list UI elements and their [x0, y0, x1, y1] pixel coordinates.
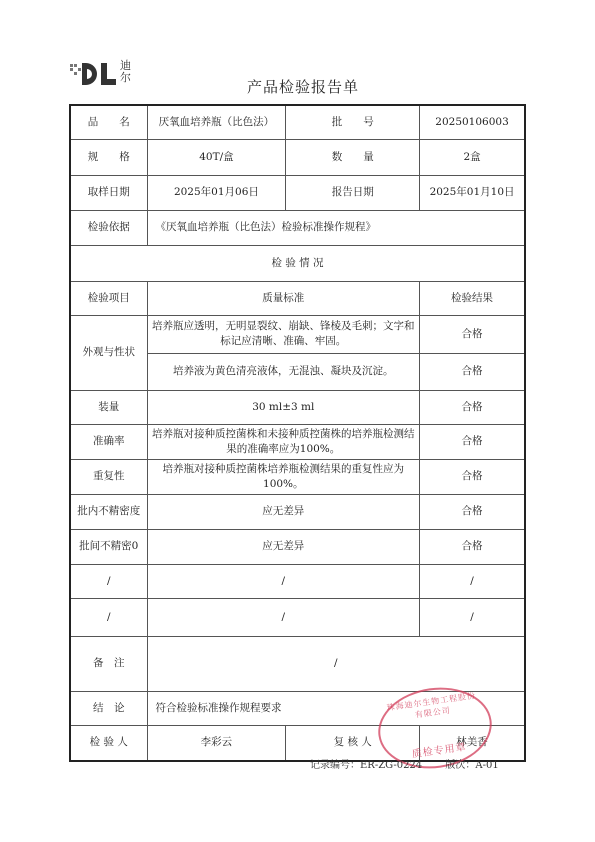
column-header-result: 检验结果: [420, 281, 525, 315]
row-result: 合格: [420, 315, 525, 353]
quantity-label: 数 量: [286, 139, 420, 175]
remarks-value: /: [147, 636, 525, 691]
row-result: 合格: [420, 459, 525, 494]
table-row: 准确率 培养瓶对接种质控菌株和未接种质控菌株的培养瓶检测结果的准确率应为100%…: [70, 424, 525, 459]
remarks-label: 备 注: [70, 636, 147, 691]
row-result: 合格: [420, 353, 525, 390]
row-item: 批间不精密0: [70, 529, 147, 564]
basis-value: 《厌氧血培养瓶（比色法）检验标准操作规程》: [147, 210, 525, 245]
table-row: / / /: [70, 564, 525, 598]
row-standard: 培养瓶应透明，无明显裂纹、崩缺、锋棱及毛刺；文字和标记应清晰、准确、牢固。: [147, 315, 420, 353]
row-standard: /: [147, 598, 420, 636]
spec-label: 规 格: [70, 139, 147, 175]
row-item: 批内不精密度: [70, 494, 147, 529]
table-header-row: 检验项目 质量标准 检验结果: [70, 281, 525, 315]
inspector-label: 检 验 人: [70, 725, 147, 761]
row-result: /: [420, 598, 525, 636]
page-title: 产品检验报告单: [247, 76, 359, 97]
row-item: 重复性: [70, 459, 147, 494]
row-standard: 应无差异: [147, 494, 420, 529]
spec-value: 40T/盒: [147, 139, 286, 175]
product-name-value: 厌氧血培养瓶（比色法）: [147, 105, 286, 139]
inspector-name: 李彩云: [147, 725, 286, 761]
row-standard: 应无差异: [147, 529, 420, 564]
logo-d-shape: [82, 63, 97, 85]
product-name-label: 品 名: [70, 105, 147, 139]
table-row: 品 名 厌氧血培养瓶（比色法） 批 号 20250106003: [70, 105, 525, 139]
version: 版次：A-01: [445, 760, 498, 771]
row-standard: 培养瓶对接种质控菌株和未接种质控菌株的培养瓶检测结果的准确率应为100%。: [147, 424, 420, 459]
row-result: 合格: [420, 390, 525, 424]
row-item: 准确率: [70, 424, 147, 459]
table-row: 批间不精密0 应无差异 合格: [70, 529, 525, 564]
table-row: 规 格 40T/盒 数 量 2盒: [70, 139, 525, 175]
conclusion-label: 结 论: [70, 691, 147, 725]
row-standard: 30 ml±3 ml: [147, 390, 420, 424]
column-header-standard: 质量标准: [147, 281, 420, 315]
row-item: 装量: [70, 390, 147, 424]
report-date-label: 报告日期: [286, 175, 420, 210]
table-row: 检验依据 《厌氧血培养瓶（比色法）检验标准操作规程》: [70, 210, 525, 245]
logo-text: 迪 尔: [120, 60, 131, 84]
table-row: 装量 30 ml±3 ml 合格: [70, 390, 525, 424]
sample-date-label: 取样日期: [70, 175, 147, 210]
column-header-item: 检验项目: [70, 281, 147, 315]
row-item: 外观与性状: [70, 315, 147, 390]
table-row: 重复性 培养瓶对接种质控菌株培养瓶检测结果的重复性应为100%。 合格: [70, 459, 525, 494]
row-standard: 培养液为黄色清亮液体，无混浊、凝块及沉淀。: [147, 353, 420, 390]
quantity-value: 2盒: [420, 139, 525, 175]
footer: 记录编号：ER-ZG-0224 版次：A-01: [310, 756, 519, 771]
table-row: 检 验 情 况: [70, 245, 525, 281]
section-title: 检 验 情 况: [70, 245, 525, 281]
row-result: 合格: [420, 494, 525, 529]
table-row: 外观与性状 培养瓶应透明，无明显裂纹、崩缺、锋棱及毛刺；文字和标记应清晰、准确、…: [70, 315, 525, 353]
sample-date-value: 2025年01月06日: [147, 175, 286, 210]
row-item: /: [70, 598, 147, 636]
record-number: 记录编号：ER-ZG-0224: [310, 760, 422, 771]
row-result: /: [420, 564, 525, 598]
row-standard: /: [147, 564, 420, 598]
company-logo: 迪 尔: [70, 60, 150, 90]
batch-value: 20250106003: [420, 105, 525, 139]
report-date-value: 2025年01月10日: [420, 175, 525, 210]
row-result: 合格: [420, 424, 525, 459]
remarks-row: 备 注 /: [70, 636, 525, 691]
table-row: 批内不精密度 应无差异 合格: [70, 494, 525, 529]
table-row: / / /: [70, 598, 525, 636]
logo-l-foot: [101, 79, 116, 85]
row-result: 合格: [420, 529, 525, 564]
batch-label: 批 号: [286, 105, 420, 139]
table-row: 取样日期 2025年01月06日 报告日期 2025年01月10日: [70, 175, 525, 210]
inspection-report-table: 品 名 厌氧血培养瓶（比色法） 批 号 20250106003 规 格 40T/…: [69, 104, 526, 762]
row-item: /: [70, 564, 147, 598]
basis-label: 检验依据: [70, 210, 147, 245]
logo-text-bottom: 尔: [120, 72, 131, 84]
row-standard: 培养瓶对接种质控菌株培养瓶检测结果的重复性应为100%。: [147, 459, 420, 494]
